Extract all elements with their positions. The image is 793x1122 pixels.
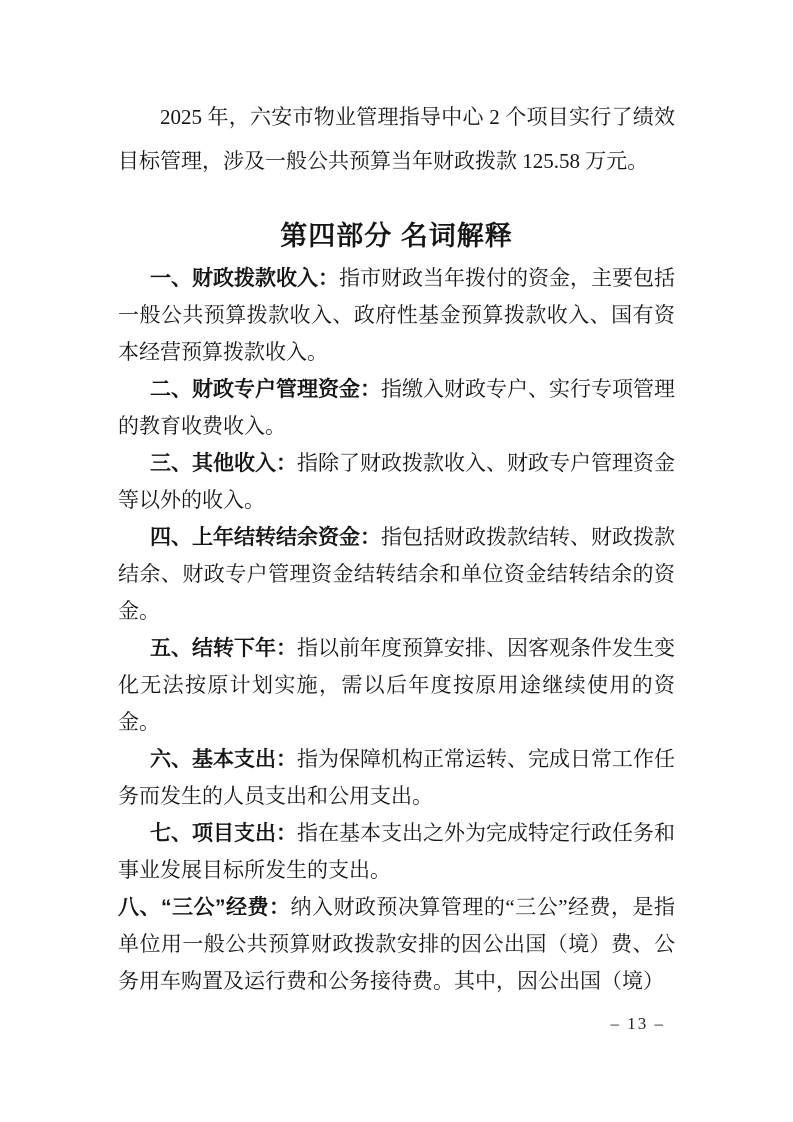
terms-list: 一、财政拨款收入：指市财政当年拨付的资金，主要包括一般公共预算拨款收入、政府性基…	[0, 260, 793, 1000]
term-label-7: 七、项目支出：	[150, 822, 297, 845]
term-item-7: 七、项目支出：指在基本支出之外为完成特定行政任务和事业发展目标所发生的支出。	[118, 815, 675, 889]
term-label-2: 二、财政专户管理资金：	[150, 378, 381, 401]
term-label-1: 一、财政拨款收入：	[150, 267, 339, 290]
intro-paragraph: 2025 年，六安市物业管理指导中心 2 个项目实行了绩效目标管理，涉及一般公共…	[118, 0, 675, 183]
document-page: 2025 年，六安市物业管理指导中心 2 个项目实行了绩效目标管理，涉及一般公共…	[0, 0, 793, 1122]
page-number: – 13 –	[611, 1014, 666, 1034]
term-label-3: 三、其他收入：	[150, 452, 297, 475]
term-label-8: 八、“三公”经费：	[118, 896, 290, 919]
term-item-1: 一、财政拨款收入：指市财政当年拨付的资金，主要包括一般公共预算拨款收入、政府性基…	[118, 260, 675, 371]
term-item-3: 三、其他收入：指除了财政拨款收入、财政专户管理资金等以外的收入。	[118, 445, 675, 519]
term-item-2: 二、财政专户管理资金：指缴入财政专户、实行专项管理的教育收费收入。	[118, 371, 675, 445]
term-item-6: 六、基本支出：指为保障机构正常运转、完成日常工作任务而发生的人员支出和公用支出。	[118, 741, 675, 815]
term-label-6: 六、基本支出：	[150, 748, 297, 771]
term-label-4: 四、上年结转结余资金：	[150, 526, 381, 549]
term-item-4: 四、上年结转结余资金：指包括财政拨款结转、财政拨款结余、财政专户管理资金结转结余…	[118, 519, 675, 630]
term-item-5: 五、结转下年：指以前年度预算安排、因客观条件发生变化无法按原计划实施，需以后年度…	[118, 630, 675, 741]
term-label-5: 五、结转下年：	[150, 637, 297, 660]
section-heading: 第四部分 名词解释	[118, 219, 675, 253]
term-item-8: 八、“三公”经费：纳入财政预决算管理的“三公”经费，是指单位用一般公共预算财政拨…	[118, 889, 675, 1000]
